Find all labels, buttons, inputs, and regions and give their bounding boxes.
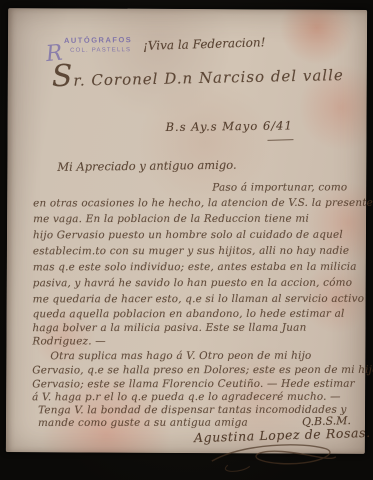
body-line: establecim.to con su muger y sus hijitos… <box>33 245 349 258</box>
letter-salutation: Sr. Coronel D.n Narciso del valle <box>52 66 344 90</box>
letter-heading: ¡Viva la Federacion! <box>143 35 266 53</box>
letter-dateline: B.s Ay.s Mayo 6/41 <box>165 118 292 134</box>
body-line: me vaga. En la poblacion de la Reduccion… <box>33 213 309 225</box>
photo-black-background: R AUTÓGRAFOS COL. PASTELLS ¡Viva la Fede… <box>0 0 373 480</box>
body-line: Tenga V. la bondad de dispensar tantas i… <box>38 404 347 417</box>
stamp-subtitle: COL. PASTELLS <box>70 47 132 54</box>
body-line: Paso á importunar, como <box>212 181 347 193</box>
dateline-underline <box>267 139 293 141</box>
body-line: mande como guste a su antigua amiga <box>38 417 248 429</box>
letter-paper: R AUTÓGRAFOS COL. PASTELLS ¡Viva la Fede… <box>6 8 367 454</box>
body-line: Gervasio; este se llama Florencio Ceutiñ… <box>32 378 355 391</box>
stamp-title: AUTÓGRAFOS <box>64 35 132 45</box>
letter-greeting: Mi Apreciado y antiguo amigo. <box>57 158 236 174</box>
body-line: haga bolver a la milicia pasiva. Este se… <box>32 322 306 334</box>
body-line: me quedaria de hacer esto, q.e si lo lla… <box>33 293 365 306</box>
body-line: Rodriguez. — <box>32 335 105 347</box>
body-line: en otras ocasiones lo he hecho, la atenc… <box>33 197 373 210</box>
body-line: á V. haga p.r el lo q.e pueda q.e lo agr… <box>32 391 341 404</box>
body-line: hijo Gervasio puesto un hombre solo al c… <box>33 229 343 242</box>
body-line: Gervasio, q.e se halla preso en Dolores;… <box>32 364 373 377</box>
signature-rubric-flourish <box>198 439 348 478</box>
body-line: queda aquella poblacion en abandono, lo … <box>33 308 345 321</box>
collection-stamp: AUTÓGRAFOS COL. PASTELLS <box>64 35 133 54</box>
body-line: Otra suplica mas hago á V. Otro peon de … <box>50 350 311 362</box>
body-line: mas q.e este solo individuo; este, antes… <box>33 261 357 274</box>
body-line: pasiva, y havrá he savido lo han puesto … <box>33 277 352 290</box>
